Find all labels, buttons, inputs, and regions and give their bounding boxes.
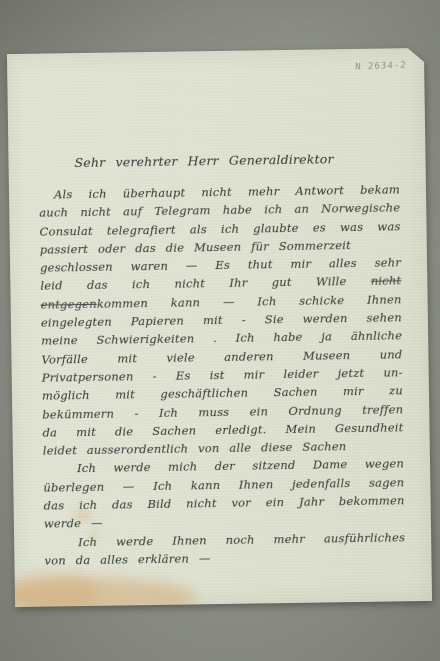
strikethrough-text: nicht	[371, 274, 402, 288]
handwriting-text: Ich werde Ihnen noch mehr ausführliches	[78, 530, 405, 549]
handwriting-text: leid das ich nicht Ihr gut Wille	[40, 274, 371, 293]
letter-page: N 2634-2 Sehr verehrter Herr Generaldire…	[7, 48, 432, 607]
letter-page-wrapper: N 2634-2 Sehr verehrter Herr Generaldire…	[7, 48, 432, 607]
handwriting-text: werde —	[44, 516, 103, 531]
photo-background: N 2634-2 Sehr verehrter Herr Generaldire…	[0, 0, 440, 661]
handwriting-text: von da alles erklären —	[44, 551, 210, 567]
handwriting-text: Ich werde mich der sitzend Dame wegen	[77, 457, 404, 476]
handwriting-text: möglich mit geschäftlichen Sachen mir zu	[42, 384, 403, 403]
letter-paragraphs: Als ich überhaupt nicht mehr Antwort bek…	[39, 180, 406, 570]
strikethrough-text: entgegen	[41, 297, 97, 312]
paper-stain	[7, 574, 98, 617]
paper-stain	[5, 576, 195, 613]
handwriting-text: leidet ausserordentlich von alle diese S…	[43, 439, 347, 458]
handwriting-text: das ich das Bild nicht vor ein Jahr beko…	[44, 493, 405, 512]
handwriting-text: kommen kann — Ich schicke Ihnen	[97, 292, 402, 311]
letter-body: Sehr verehrter Herr Generaldirektor Als …	[38, 148, 405, 570]
handwriting-text: da mit die Sachen erledigt. Mein Gesundh…	[42, 420, 403, 439]
handwriting-text: passiert oder das die Museen für Sommerz…	[40, 238, 351, 257]
salutation: Sehr verehrter Herr Generaldirektor	[38, 148, 399, 173]
handwriting-text: auch nicht auf Telegram habe ich an Norw…	[39, 201, 400, 220]
catalog-number: N 2634-2	[354, 61, 406, 73]
